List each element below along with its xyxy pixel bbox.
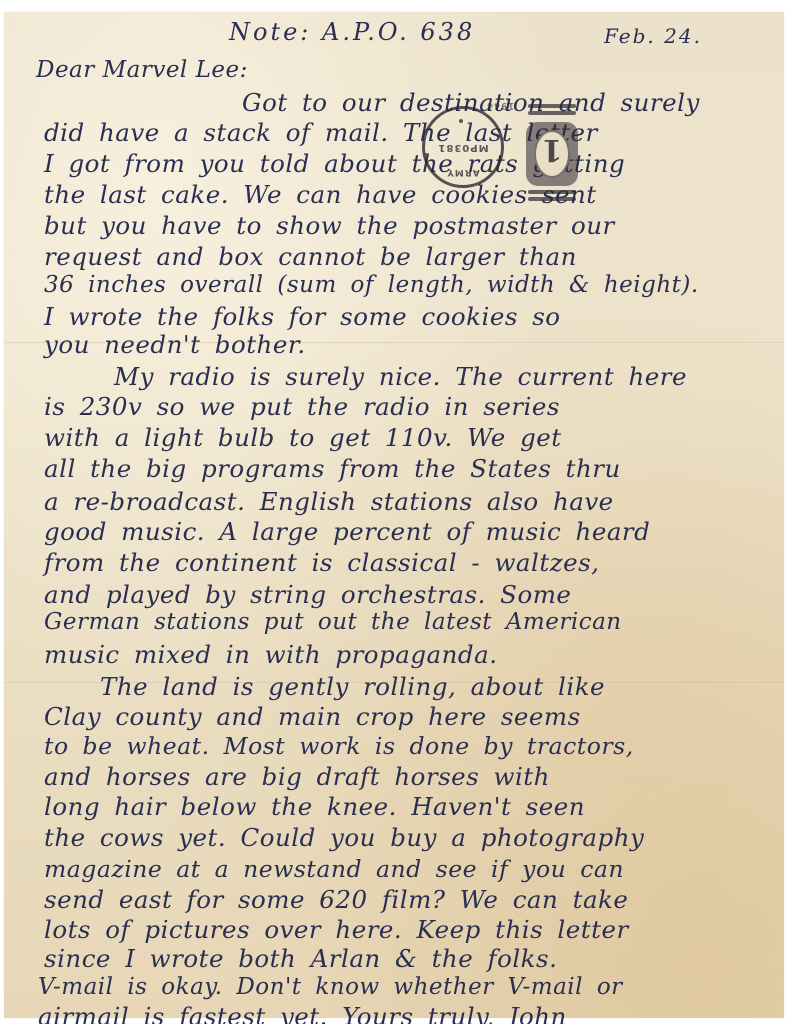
letter-line: all the big programs from the States thr… bbox=[44, 454, 621, 483]
letter-line: V-mail is okay. Don't know whether V-mai… bbox=[38, 974, 623, 1000]
letter-line: Clay county and main crop here seems bbox=[44, 702, 581, 731]
letter-line: you needn't bother. bbox=[44, 330, 306, 359]
postmark-top-text: ARMY bbox=[425, 167, 501, 177]
letter-line: 36 inches overall (sum of length, width … bbox=[44, 272, 699, 298]
letter-line: request and box cannot be larger than bbox=[44, 242, 577, 271]
letter-line: from the continent is classical - waltze… bbox=[44, 548, 599, 577]
postmark-year: 1944 bbox=[486, 100, 514, 111]
killer-bar bbox=[528, 190, 576, 194]
letter-signoff-line: airmail is fastest yet. Yours truly, Joh… bbox=[38, 1002, 567, 1024]
letter-line: the last cake. We can have cookies sent bbox=[44, 180, 597, 209]
letter-line: long hair below the knee. Haven't seen bbox=[44, 792, 585, 821]
letter-paper: Note: A.P.O. 638 Feb. 24. Dear Marvel Le… bbox=[4, 12, 784, 1018]
postmark-dot bbox=[459, 119, 463, 123]
letter-line: and horses are big draft horses with bbox=[44, 762, 550, 791]
letter-line: but you have to show the postmaster our bbox=[44, 211, 615, 240]
postmark-middle-text: MP0381 bbox=[425, 142, 501, 153]
letter-line: magazine at a newstand and see if you ca… bbox=[44, 855, 624, 883]
postmark-killer-bars-icon: 1 bbox=[524, 104, 580, 204]
letter-line: did have a stack of mail. The last lette… bbox=[44, 118, 598, 147]
killer-bar bbox=[528, 111, 576, 115]
letter-line: and played by string orchestras. Some bbox=[44, 580, 571, 609]
letter-line: is 230v so we put the radio in series bbox=[44, 392, 560, 421]
killer-number: 1 bbox=[534, 132, 570, 167]
letter-line: The land is gently rolling, about like bbox=[100, 672, 605, 701]
letter-line: German stations put out the latest Ameri… bbox=[44, 609, 622, 635]
salutation: Dear Marvel Lee: bbox=[36, 57, 248, 83]
letter-date: Feb. 24. bbox=[604, 24, 702, 48]
letter-line: to be wheat. Most work is done by tracto… bbox=[44, 732, 634, 760]
header-note: Note: A.P.O. 638 bbox=[229, 18, 475, 46]
letter-line: I wrote the folks for some cookies so bbox=[44, 302, 561, 331]
killer-bar bbox=[528, 104, 576, 108]
letter-line: music mixed in with propaganda. bbox=[44, 640, 498, 669]
letter-line: send east for some 620 film? We can take bbox=[44, 885, 628, 914]
letter-line: good music. A large percent of music hea… bbox=[44, 517, 650, 546]
letter-line: a re-broadcast. English stations also ha… bbox=[44, 487, 614, 516]
letter-line: My radio is surely nice. The current her… bbox=[114, 362, 687, 391]
letter-line: with a light bulb to get 110v. We get bbox=[44, 423, 562, 452]
letter-line: lots of pictures over here. Keep this le… bbox=[44, 915, 629, 944]
letter-line: the cows yet. Could you buy a photograph… bbox=[44, 823, 644, 852]
letter-line: since I wrote both Arlan & the folks. bbox=[44, 944, 557, 973]
killer-bar bbox=[528, 197, 576, 201]
postmark-circle-icon: ARMY MP0381 bbox=[422, 106, 504, 188]
